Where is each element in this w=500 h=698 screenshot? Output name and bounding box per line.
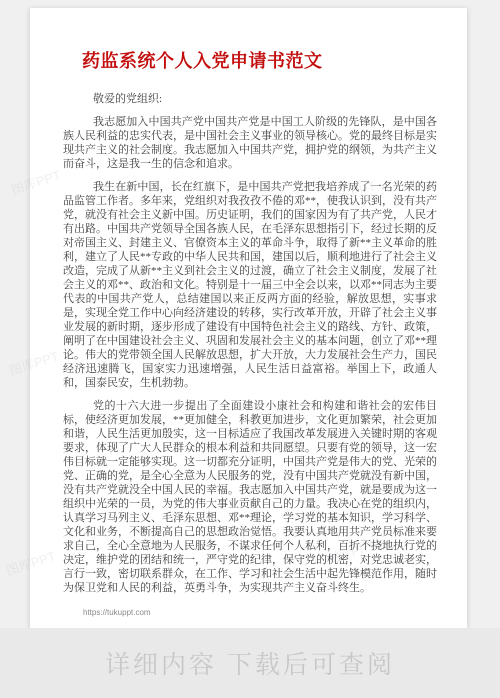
source-url-link[interactable]: https://tukuppt.com — [83, 608, 151, 618]
download-notice-bar: 详细内容 下载后可查阅 — [0, 628, 500, 698]
document-title: 药监系统个人入党申请书范文 — [82, 50, 437, 72]
document-page: 药监系统个人入党申请书范文 敬爱的党组织: 我志愿加入中国共产党中国共产党是中国… — [30, 8, 467, 628]
letter-greeting: 敬爱的党组织: — [63, 92, 437, 106]
document-body: 敬爱的党组织: 我志愿加入中国共产党中国共产党是中国工人阶级的先锋队，是中国各族… — [63, 92, 437, 619]
paragraph: 党的十六大进一步提出了全面建设小康社会和构建和谐社会的宏伟目标，使经济更加发展，… — [63, 399, 437, 595]
download-notice-text: 详细内容 下载后可查阅 — [105, 645, 395, 681]
paragraph: 我生在新中国，长在红旗下，是中国共产党把我培养成了一名光荣的药品监管工作者。多年… — [63, 180, 437, 390]
preview-canvas: 药监系统个人入党申请书范文 敬爱的党组织: 我志愿加入中国共产党中国共产党是中国… — [0, 0, 500, 698]
paragraph: 我志愿加入中国共产党中国共产党是中国工人阶级的先锋队，是中国各族人民利益的忠实代… — [63, 115, 437, 171]
